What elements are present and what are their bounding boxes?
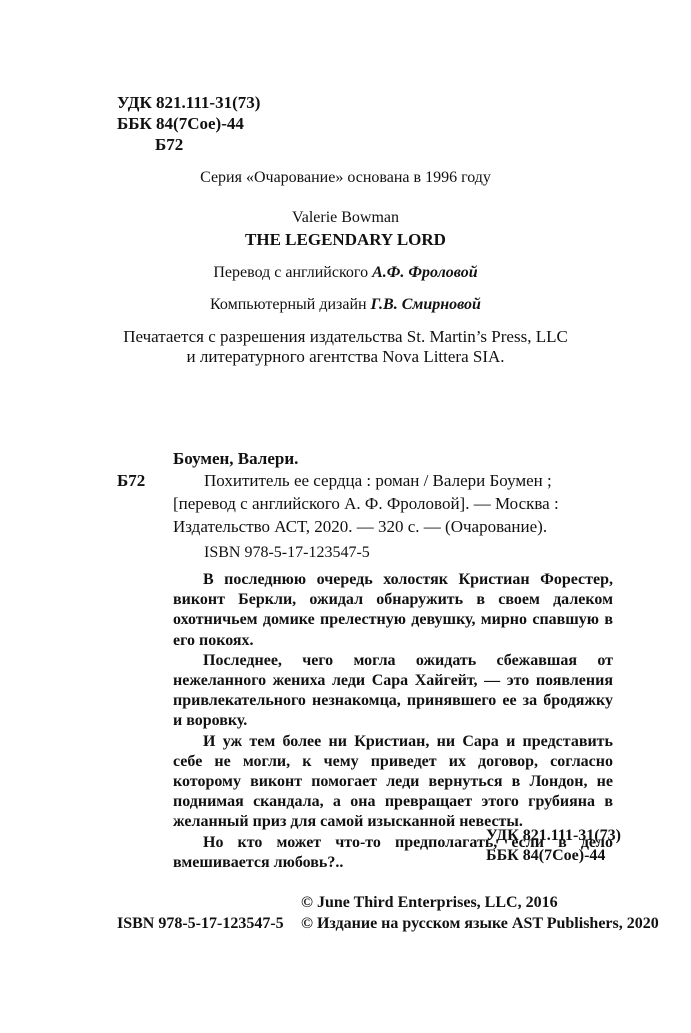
author-mark: Б72	[117, 134, 260, 155]
annotation-paragraph: В последнюю очередь холостяк Кристиан Фо…	[173, 570, 613, 651]
copyright-translation: © Издание на русском языке AST Publisher…	[301, 914, 659, 934]
catalog-line: [перевод с английского А. Ф. Фроловой]. …	[173, 493, 559, 514]
annotation-paragraph: Последнее, чего могла ожидать сбежавшая …	[173, 651, 613, 732]
translator-name: А.Ф. Фроловой	[372, 264, 478, 281]
catalog-line: Похититель ее сердца : роман / Валери Бо…	[204, 470, 552, 491]
udk-code: УДК 821.111-31(73)	[486, 826, 621, 846]
catalog-line: Издательство АСТ, 2020. — 320 с. — (Очар…	[173, 516, 547, 537]
catalog-mark: Б72	[117, 470, 145, 491]
udk-code: УДК 821.111-31(73)	[117, 92, 260, 113]
annotation-paragraph: И уж тем более ни Кристиан, ни Сара и пр…	[173, 732, 613, 833]
design-credit: Компьютерный дизайн Г.В. Смирновой	[0, 295, 691, 315]
bbk-code: ББК 84(7Сое)-44	[486, 846, 621, 866]
bbk-code: ББК 84(7Сое)-44	[117, 113, 260, 134]
catalog-isbn: ISBN 978-5-17-123547-5	[204, 543, 370, 563]
bottom-classification-codes: УДК 821.111-31(73) ББК 84(7Сое)-44	[486, 826, 621, 866]
series-line: Серия «Очарование» основана в 1996 году	[0, 168, 691, 188]
footer-isbn: ISBN 978-5-17-123547-5	[117, 914, 284, 934]
catalog-heading: Боумен, Валери.	[173, 448, 298, 469]
copyright-original: © June Third Enterprises, LLC, 2016	[301, 893, 558, 913]
original-title: THE LEGENDARY LORD	[0, 229, 691, 250]
original-author: Valerie Bowman	[0, 208, 691, 228]
translation-label: Перевод с английского	[213, 264, 372, 281]
designer-name: Г.В. Смирновой	[371, 296, 481, 313]
permission-line-2: и литературного агентства Nova Littera S…	[0, 346, 691, 367]
translation-credit: Перевод с английского А.Ф. Фроловой	[0, 263, 691, 283]
design-label: Компьютерный дизайн	[210, 296, 371, 313]
permission-line-1: Печатается с разрешения издательства St.…	[0, 326, 691, 347]
classification-codes: УДК 821.111-31(73) ББК 84(7Сое)-44 Б72	[117, 92, 260, 155]
